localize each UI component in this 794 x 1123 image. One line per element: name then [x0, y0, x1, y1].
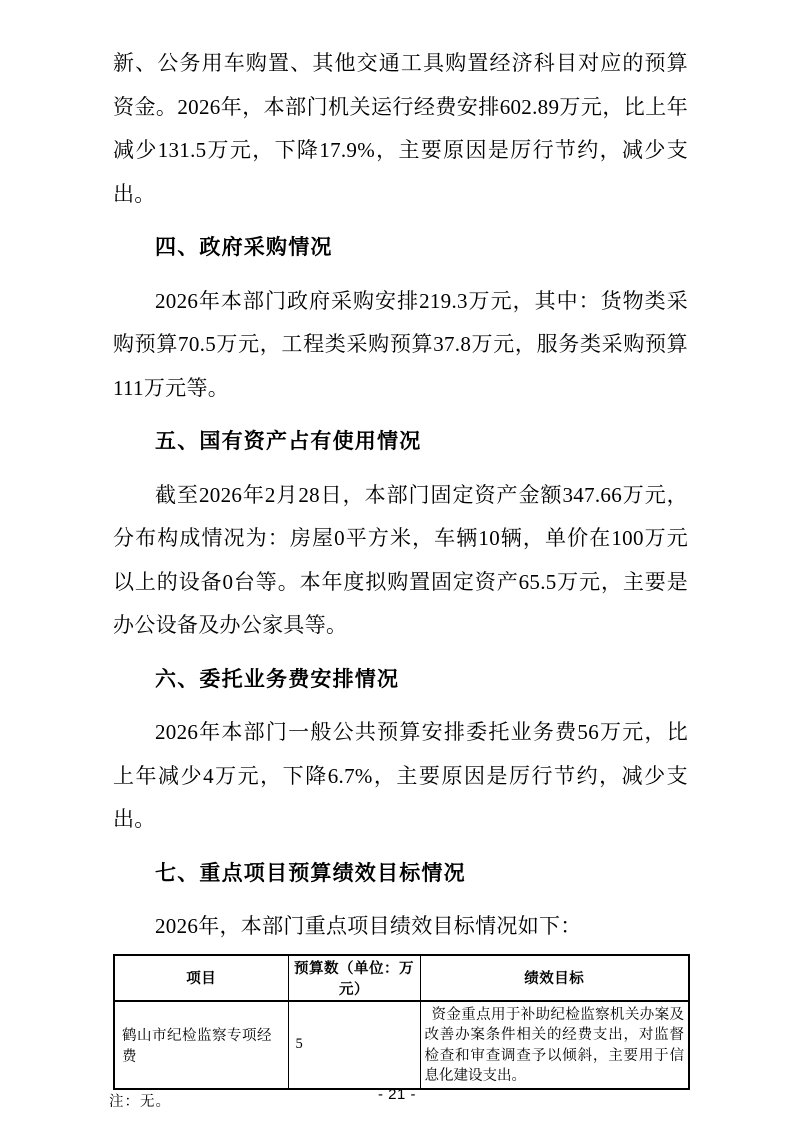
section-heading-state-assets: 五、国有资产占有使用情况 — [113, 420, 688, 464]
cell-project-name: 鹤山市纪检监察专项经费 — [114, 1001, 288, 1089]
section-heading-entrusted-business-fee: 六、委托业务费安排情况 — [113, 658, 688, 702]
paragraph-entrusted-business-fee: 2026年本部门一般公共预算安排委托业务费56万元，比上年减少4万元，下降6.7… — [113, 711, 688, 842]
cell-budget-amount: 5 — [288, 1001, 420, 1089]
paragraph-table-intro: 2026年，本部门重点项目绩效目标情况如下： — [113, 905, 688, 949]
performance-target-table: 项目 预算数（单位：万元） 绩效目标 鹤山市纪检监察专项经费 5 资金重点用于补… — [113, 954, 690, 1090]
table-row: 鹤山市纪检监察专项经费 5 资金重点用于补助纪检监察机关办案及改善办案条件相关的… — [114, 1001, 689, 1089]
paragraph-continuation: 新、公务用车购置、其他交通工具购置经济科目对应的预算资金。2026年，本部门机关… — [113, 42, 688, 216]
table-header-performance-goal: 绩效目标 — [420, 955, 689, 1001]
table-header-project: 项目 — [114, 955, 288, 1001]
table-header-budget-amount: 预算数（单位：万元） — [288, 955, 420, 1001]
paragraph-state-assets: 截至2026年2月28日，本部门固定资产金额347.66万元，分布构成情况为：房… — [113, 474, 688, 648]
page-number: - 21 - — [0, 1086, 794, 1103]
document-page: 新、公务用车购置、其他交通工具购置经济科目对应的预算资金。2026年，本部门机关… — [0, 0, 794, 1123]
section-heading-key-project-performance: 七、重点项目预算绩效目标情况 — [113, 852, 688, 896]
cell-performance-goal: 资金重点用于补助纪检监察机关办案及改善办案条件相关的经费支出，对监督检查和审查调… — [420, 1001, 689, 1089]
paragraph-government-procurement: 2026年本部门政府采购安排219.3万元，其中：货物类采购预算70.5万元，工… — [113, 280, 688, 411]
section-heading-government-procurement: 四、政府采购情况 — [113, 226, 688, 270]
table-header-row: 项目 预算数（单位：万元） 绩效目标 — [114, 955, 689, 1001]
